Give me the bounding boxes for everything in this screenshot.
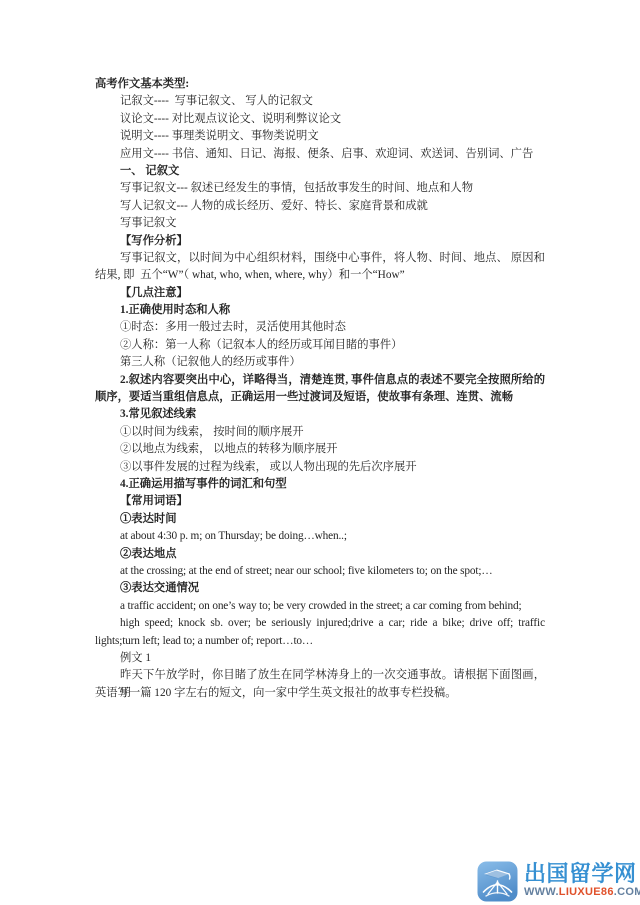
- doc-line: 写事记叙文: [95, 215, 545, 232]
- doc-line: 【写作分析】: [95, 233, 545, 250]
- doc-line: 3.常见叙述线索: [95, 406, 545, 423]
- doc-line: lights;turn left; lead to; a number of; …: [95, 633, 545, 650]
- doc-line: 应用文---- 书信、通知、日记、海报、便条、启事、欢迎词、欢送词、告别词、广告: [95, 146, 545, 163]
- doc-line: ③以事件发展的过程为线索， 或以人物出现的先后次序展开: [95, 459, 545, 476]
- doc-line: ①时态：多用一般过去时，灵活使用其他时态: [95, 319, 545, 336]
- logo-url-tld: .COM: [614, 886, 640, 898]
- doc-line: at the crossing; at the end of street; n…: [95, 563, 545, 580]
- doc-line: 议论文---- 对比观点议论文、说明利弊议论文: [95, 111, 545, 128]
- doc-line: ②以地点为线索， 以地点的转移为顺序展开: [95, 441, 545, 458]
- logo-site-name: 出国留学网: [524, 861, 640, 886]
- doc-line: high speed; knock sb. over; be seriously…: [95, 615, 545, 632]
- liuxue86-logo: 出国留学网 WWW.LIUXUE86.COM: [477, 861, 640, 902]
- doc-line: 结果, 即 五个“W”（ what, who, when, where, why…: [95, 267, 545, 284]
- doc-line: 1.正确使用时态和人称: [95, 302, 545, 319]
- doc-line: 例文 1: [95, 650, 545, 667]
- doc-line: ②表达地点: [95, 546, 545, 563]
- doc-line: ①以时间为线索， 按时间的顺序展开: [95, 424, 545, 441]
- doc-line: 第三人称（记叙他人的经历或事件）: [95, 354, 545, 371]
- doc-line: 说明文---- 事理类说明文、事物类说明文: [95, 128, 545, 145]
- doc-line: ②人称：第一人称（记叙本人的经历或耳闻目睹的事件）: [95, 337, 545, 354]
- doc-line: 记叙文---- 写事记叙文、 写人的记叙文: [95, 93, 545, 110]
- graduation-cap-icon: [477, 861, 518, 902]
- doc-line: 【几点注意】: [95, 285, 545, 302]
- doc-line: 一、 记叙文: [95, 163, 545, 180]
- doc-line: 高考作文基本类型:: [95, 76, 545, 93]
- doc-line: 写事记叙文，以时间为中心组织材料，围绕中心事件，将人物、时间、地点、 原因和: [95, 250, 545, 267]
- doc-line: ③表达交通情况: [95, 580, 545, 597]
- doc-line: 写人记叙文--- 人物的成长经历、爱好、特长、家庭背景和成就: [95, 198, 545, 215]
- logo-site-url: WWW.LIUXUE86.COM: [524, 886, 640, 899]
- document-body: 高考作文基本类型:记叙文---- 写事记叙文、 写人的记叙文议论文---- 对比…: [95, 76, 545, 702]
- doc-line: 4.正确运用描写事件的词汇和句型: [95, 476, 545, 493]
- doc-line: at about 4:30 p. m; on Thursday; be doin…: [95, 528, 545, 545]
- doc-line: 写事记叙文--- 叙述已经发生的事情，包括故事发生的时间、地点和人物: [95, 180, 545, 197]
- page: 高考作文基本类型:记叙文---- 写事记叙文、 写人的记叙文议论文---- 对比…: [0, 0, 640, 905]
- doc-line: 英语写一篇 120 字左右的短文，向一家中学生英文报社的故事专栏投稿。: [95, 685, 545, 702]
- doc-line: 【常用词语】: [95, 493, 545, 510]
- doc-line: 昨天下午放学时，你目睹了放生在同学林涛身上的一次交通事故。请根据下面图画，用: [95, 667, 545, 684]
- doc-line: 顺序，要适当重组信息点，正确运用一些过渡词及短语，使故事有条理、连贯、流畅: [95, 389, 545, 406]
- logo-url-domain: LIUXUE86: [559, 886, 614, 898]
- doc-line: 2.叙述内容要突出中心，详略得当，清楚连贯, 事件信息点的表述不要完全按照所给的: [95, 372, 545, 389]
- logo-text: 出国留学网 WWW.LIUXUE86.COM: [524, 861, 640, 899]
- logo-url-www: WWW.: [524, 886, 559, 898]
- doc-line: a traffic accident; on one’s way to; be …: [95, 598, 545, 615]
- doc-line: ①表达时间: [95, 511, 545, 528]
